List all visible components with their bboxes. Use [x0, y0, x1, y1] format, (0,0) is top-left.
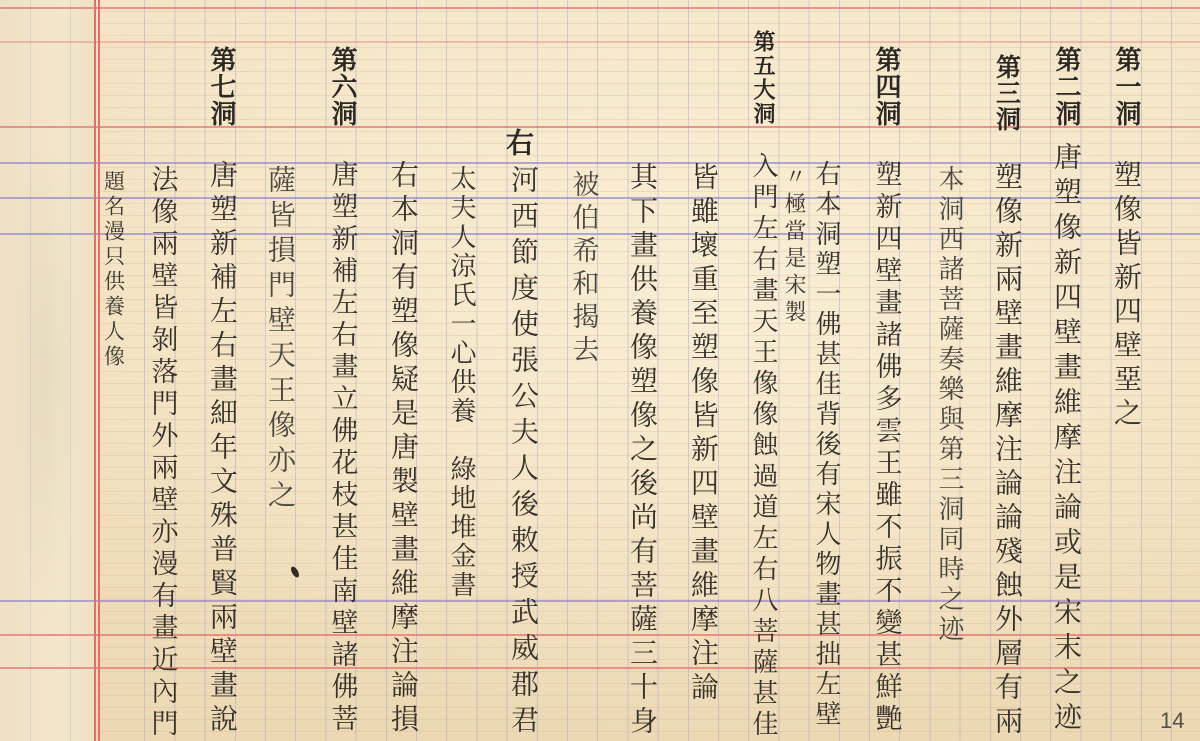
- margin-rule: [94, 0, 96, 741]
- entry-cave-5-summary: 右本洞有塑像疑是唐製壁畫維摩注論損: [389, 160, 417, 738]
- entry-cave-2-text: 唐塑像新四壁畫維摩注論或是宋末之迹: [1052, 142, 1080, 737]
- entry-cave-4-remark-text: 右本洞塑一佛甚佳背後有宋人物畫甚拙左壁: [813, 160, 839, 730]
- heading-cave-3: 第三洞: [995, 54, 1020, 132]
- left-margin: [0, 0, 96, 741]
- heading-cave-7: 第七洞: [208, 46, 234, 127]
- interlinear-annotation: 〃極當是宋製: [782, 165, 804, 327]
- heading-cave-1: 第一洞: [1113, 46, 1139, 127]
- red-rule: [0, 41, 1200, 43]
- heading-cave-5: 第五大洞: [752, 30, 774, 126]
- entry-cave-7-note: 題名漫只供養人像: [103, 170, 124, 370]
- entry-cave-5-text: 入門左右畫天王像像蝕過道左右八菩薩甚佳: [750, 152, 776, 741]
- red-rule: [0, 7, 1200, 9]
- entry-cave-6-text-cont: 薩皆損門壁天王像亦之: [266, 165, 294, 515]
- entry-cave-5-text-cont: 皆雖壞重至塑像皆新四壁畫維摩注論: [689, 162, 717, 706]
- entry-cave-6-text: 唐塑新補左右畫立佛花枝甚佳南壁諸佛菩: [329, 160, 356, 736]
- heading-inscription: 右: [504, 128, 532, 156]
- entry-cave-4-text: 塑新四壁畫諸佛多雲王雖不振不變甚鮮艷: [873, 160, 900, 736]
- page-number: 14: [1160, 708, 1184, 734]
- entry-cave-1-text: 塑像皆新四壁堊之: [1112, 160, 1140, 432]
- inscription-text-line-1: 河西節度使張公夫人後敕授武威郡君: [509, 165, 537, 741]
- heading-cave-4: 第四洞: [873, 46, 899, 127]
- entry-cave-3-note-text: 本洞西諸菩薩奏樂與第三洞同時之迹: [936, 165, 962, 645]
- manuscript-page: 第一洞 塑像皆新四壁堊之 第二洞 唐塑像新四壁畫維摩注論或是宋末之迹 第三洞 塑…: [0, 0, 1200, 741]
- entry-cave-7-text: 唐塑新補左右畫細年文殊普賢兩壁畫說: [208, 160, 236, 738]
- heading-cave-6: 第六洞: [329, 46, 355, 127]
- entry-cave-5-text-cont-2: 其下畫供養像塑像之後尚有菩薩三十身: [628, 162, 656, 740]
- inscription-text-line-2: 太夫人涼氏一心供養 綠地堆金書: [448, 165, 474, 600]
- entry-cave-3-text: 塑像新兩壁畫維摩注論論殘蝕外層有兩: [993, 162, 1021, 740]
- heading-cave-2: 第二洞: [1053, 46, 1079, 127]
- ink-bleed-through: [10, 120, 80, 620]
- entry-cave-7-text-cont: 法像兩壁皆剝落門外兩壁亦漫有畫近內門: [149, 165, 176, 741]
- entry-removed-note: 被伯希和揭去: [570, 170, 597, 368]
- margin-rule: [98, 0, 100, 741]
